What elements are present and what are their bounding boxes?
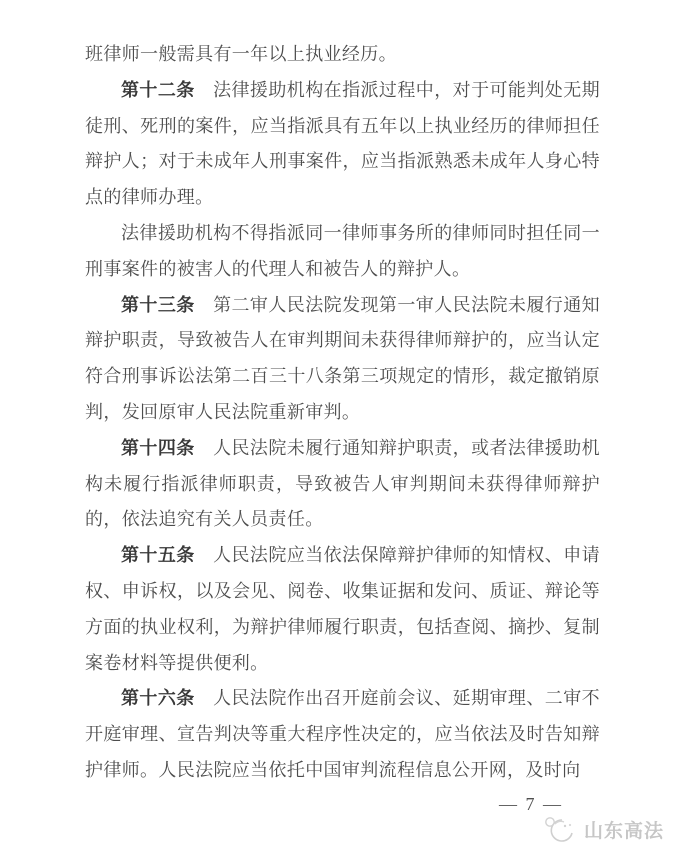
document-page: 班律师一般需具有一年以上执业经历。 第十二条法律援助机构在指派过程中，对于可能判… xyxy=(0,0,680,857)
article-number: 第十三条 xyxy=(121,295,195,315)
article-number: 第十六条 xyxy=(121,688,195,708)
legal-paragraph: 第十三条第二审人民法院发现第一审人民法院未履行通知辩护职责，导致被告人在审判期间… xyxy=(85,288,600,431)
article-number: 第十五条 xyxy=(121,545,195,565)
legal-paragraph: 第十五条人民法院应当依法保障辩护律师的知情权、申请权、申诉权，以及会见、阅卷、收… xyxy=(85,538,600,681)
watermark-label: 山东高法 xyxy=(584,816,664,843)
legal-paragraph: 班律师一般需具有一年以上执业经历。 xyxy=(85,37,600,73)
paragraph-text: 法律援助机构不得指派同一律师事务所的律师同时担任同一刑事案件的被害人的代理人和被… xyxy=(85,223,600,279)
article-number: 第十二条 xyxy=(121,80,195,100)
legal-paragraph: 第十二条法律援助机构在指派过程中，对于可能判处无期徒刑、死刑的案件，应当指派具有… xyxy=(85,73,600,216)
watermark: 山东高法 xyxy=(541,814,664,844)
document-body: 班律师一般需具有一年以上执业经历。 第十二条法律援助机构在指派过程中，对于可能判… xyxy=(85,37,600,789)
court-emblem-icon xyxy=(541,814,579,844)
legal-paragraph: 第十六条人民法院作出召开庭前会议、延期审理、二审不开庭审理、宣告判决等重大程序性… xyxy=(85,681,600,788)
paragraph-text: 班律师一般需具有一年以上执业经历。 xyxy=(85,44,397,64)
page-number: — 7 — xyxy=(499,794,563,815)
legal-paragraph: 法律援助机构不得指派同一律师事务所的律师同时担任同一刑事案件的被害人的代理人和被… xyxy=(85,216,600,288)
article-number: 第十四条 xyxy=(121,438,195,458)
legal-paragraph: 第十四条人民法院未履行通知辩护职责，或者法律援助机构未履行指派律师职责，导致被告… xyxy=(85,431,600,538)
